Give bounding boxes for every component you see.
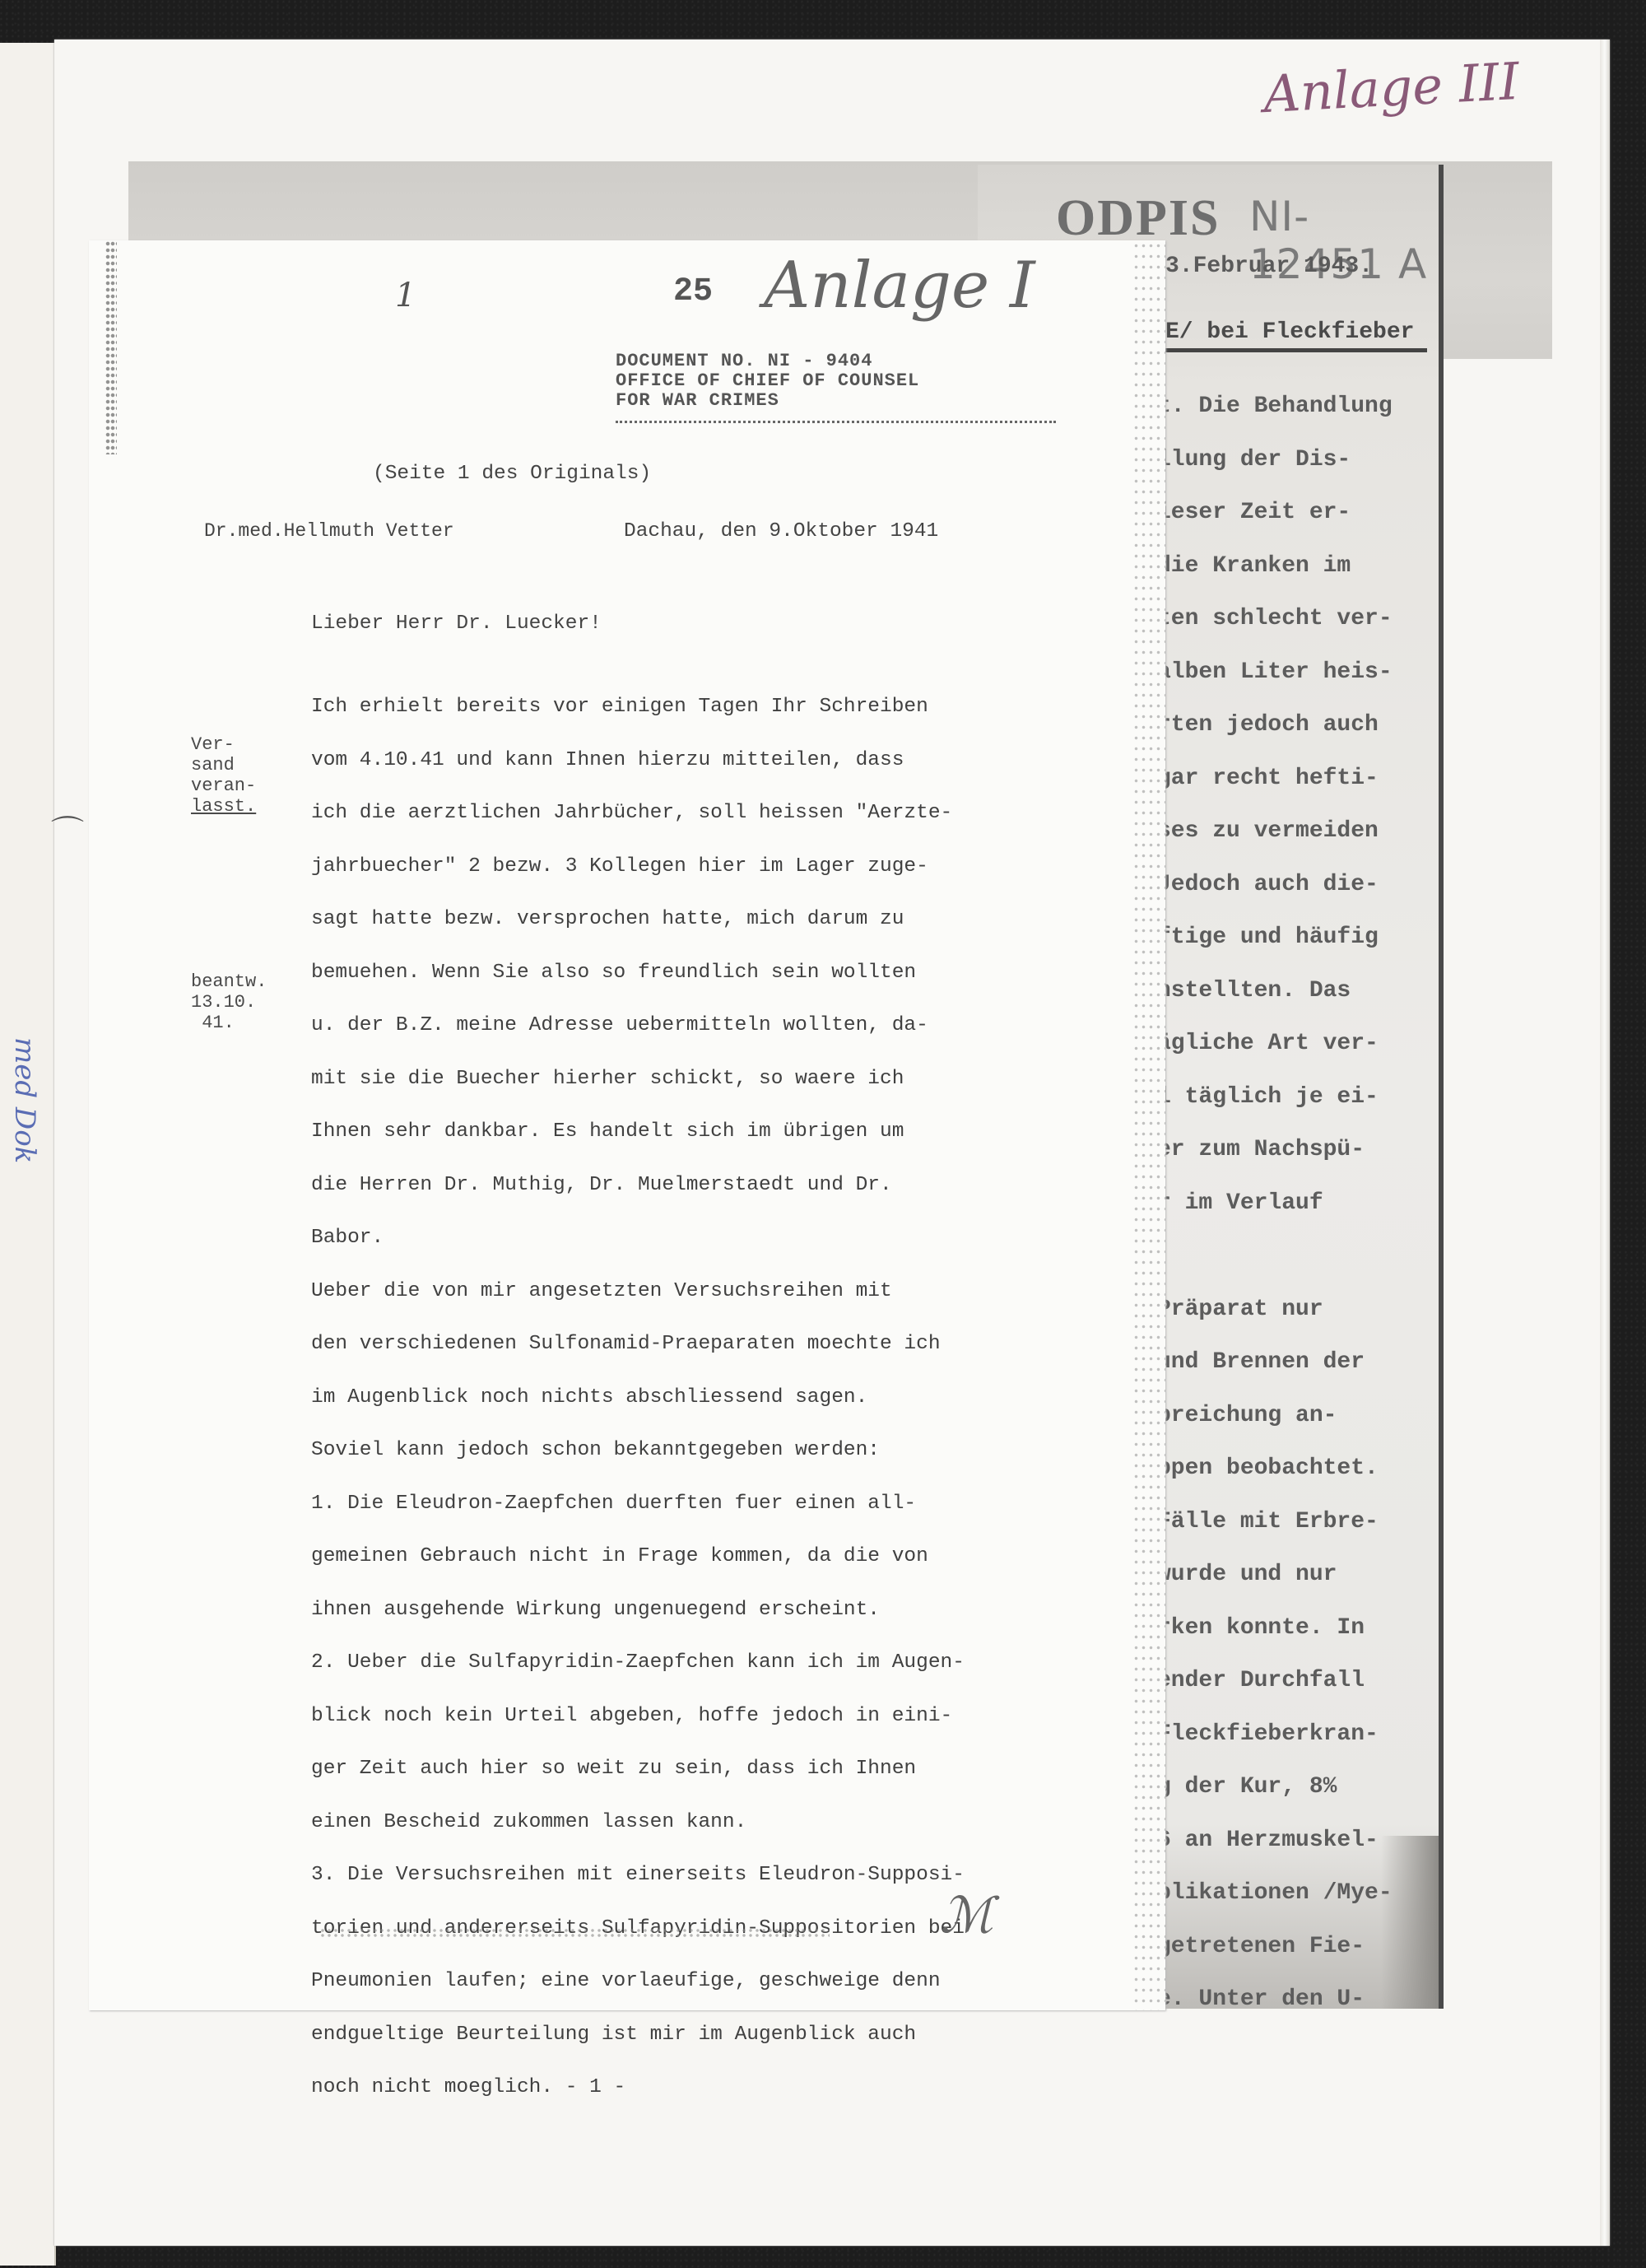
text-line: ägliche Art ver- [1157, 1018, 1437, 1071]
body-line: Pneumonien laufen; eine vorlaeufige, ges… [311, 1955, 965, 2009]
text-line: r im Verlauf [1157, 1177, 1437, 1231]
body-line: Ihnen sehr dankbar. Es handelt sich im ü… [311, 1106, 965, 1159]
document-number: DOCUMENT NO. NI - 9404 [616, 352, 1056, 371]
margin-line: lasst. [191, 796, 256, 817]
text-line: alben Liter heis- [1157, 646, 1437, 700]
text-line [1157, 1230, 1437, 1283]
text-line: ftige und häufig [1157, 911, 1437, 965]
text-line: l täglich je ei- [1157, 1071, 1437, 1125]
margin-note-beantwortet: beantw. 13.10. 41. [191, 971, 267, 1033]
text-line: gar recht hefti- [1157, 752, 1437, 806]
office-line: OFFICE OF CHIEF OF COUNSEL [616, 371, 1056, 391]
body-line: im Augenblick noch nichts abschliessend … [311, 1372, 965, 1425]
margin-line: 13.10. [191, 992, 267, 1013]
body-line: ihnen ausgehende Wirkung ungenuegend ers… [311, 1584, 965, 1637]
margin-line: beantw. [191, 971, 267, 992]
text-line: rten jedoch auch [1157, 699, 1437, 752]
letter-body: Ich erhielt bereits vor einigen Tagen Ih… [311, 681, 965, 2115]
page-note: (Seite 1 des Originals) [373, 463, 651, 485]
text-line: llung der Dis- [1157, 434, 1437, 487]
blue-margin-note: med Dok [8, 1037, 41, 1163]
text-line: Fälle mit Erbre- [1157, 1496, 1437, 1549]
text-line: t. Die Behandlung [1157, 380, 1437, 434]
text-line: ppen beobachtet. [1157, 1442, 1437, 1496]
background-document-lines: t. Die Behandlung llung der Dis- ieser Z… [1157, 380, 1437, 2027]
text-line: ender Durchfall [1157, 1655, 1437, 1708]
background-document-subject: E/ bei Fleckfieber [1165, 319, 1427, 352]
body-line: blick noch kein Urteil abgeben, hoffe je… [311, 1690, 965, 1744]
page-number: 25 [673, 273, 713, 310]
copy-smudge [319, 1928, 830, 1938]
text-line: ses zu vermeiden [1157, 805, 1437, 859]
body-line: einen Bescheid zukommen lassen kann. [311, 1796, 965, 1850]
body-line: endgueltige Beurteilung ist mir im Augen… [311, 2009, 965, 2062]
margin-note-versand: Ver- sand veran- lasst. [191, 734, 256, 817]
text-line: rken konnte. In [1157, 1602, 1437, 1656]
body-line: den verschiedenen Sulfonamid-Praeparaten… [311, 1318, 965, 1372]
body-line: Ueber die von mir angesetzten Versuchsre… [311, 1265, 965, 1319]
shadow-corner [1381, 1836, 1439, 2009]
text-line: und Brennen der [1157, 1336, 1437, 1390]
text-line: Fleckfieberkran- [1157, 1708, 1437, 1762]
body-line: mit sie die Buecher hierher schickt, so … [311, 1053, 965, 1106]
place-date: Dachau, den 9.Oktober 1941 [624, 520, 938, 543]
body-line: 1. Die Eleudron-Zaepfchen duerften fuer … [311, 1478, 965, 1531]
handwritten-anlage-i: Anlage I [764, 249, 1035, 323]
text-line: ten schlecht ver- [1157, 593, 1437, 646]
body-line: sagt hatte bezw. versprochen hatte, mich… [311, 893, 965, 947]
background-document-date: 3.Februar 1943. [1165, 254, 1373, 279]
document-header: DOCUMENT NO. NI - 9404 OFFICE OF CHIEF O… [616, 352, 1056, 423]
body-line: ger Zeit auch hier so weit zu sein, dass… [311, 1743, 965, 1796]
text-line: ieser Zeit er- [1157, 487, 1437, 540]
body-line: vom 4.10.41 und kann Ihnen hierzu mittei… [311, 734, 965, 788]
body-line: u. der B.Z. meine Adresse uebermitteln w… [311, 999, 965, 1053]
body-line: Ich erhielt bereits vor einigen Tagen Ih… [311, 681, 965, 734]
text-line: nstellten. Das [1157, 965, 1437, 1018]
margin-pencil-mark: ⌒ [51, 807, 84, 854]
body-line: ich die aerztlichen Jahrbücher, soll hei… [311, 787, 965, 841]
odpis-stamp: ODPIS [1056, 189, 1220, 248]
sender: Dr.med.Hellmuth Vetter [204, 520, 454, 542]
text-line: die Kranken im [1157, 540, 1437, 594]
body-line: gemeinen Gebrauch nicht in Frage kommen,… [311, 1530, 965, 1584]
text-line: er zum Nachspü- [1157, 1124, 1437, 1177]
margin-line: 41. [191, 1013, 267, 1033]
salutation: Lieber Herr Dr. Luecker! [311, 612, 602, 635]
margin-line: Ver- [191, 734, 256, 755]
war-crimes-line: FOR WAR CRIMES [616, 391, 1056, 411]
margin-line: sand [191, 755, 256, 775]
text-line: wurde und nur [1157, 1548, 1437, 1602]
body-line: Babor. [311, 1212, 965, 1265]
copy-speckle [105, 240, 117, 454]
body-line: Soviel kann jedoch schon bekanntgegeben … [311, 1424, 965, 1478]
text-line: Jedoch auch die- [1157, 859, 1437, 912]
text-line: breichung an- [1157, 1390, 1437, 1443]
body-line: bemuehen. Wenn Sie also so freundlich se… [311, 947, 965, 1000]
body-line: noch nicht moeglich. - 1 - [311, 2061, 965, 2115]
header-rule [616, 421, 1056, 423]
copy-speckle [1132, 240, 1165, 2010]
signature-initials: ℳ [941, 1887, 993, 1944]
text-line: Präparat nur [1157, 1283, 1437, 1337]
sheet-edge [1600, 40, 1610, 2246]
typewritten-letter: 1 25 Anlage I DOCUMENT NO. NI - 9404 OFF… [89, 240, 1165, 2010]
handwritten-number: 1 [395, 277, 416, 314]
body-line: die Herren Dr. Muthig, Dr. Muelmerstaedt… [311, 1159, 965, 1213]
body-line: 2. Ueber die Sulfapyridin-Zaepfchen kann… [311, 1637, 965, 1690]
body-line: 3. Die Versuchsreihen mit einerseits Ele… [311, 1849, 965, 1902]
margin-line: veran- [191, 775, 256, 796]
text-line: g der Kur, 8% [1157, 1761, 1437, 1814]
body-line: jahrbuecher" 2 bezw. 3 Kollegen hier im … [311, 841, 965, 894]
